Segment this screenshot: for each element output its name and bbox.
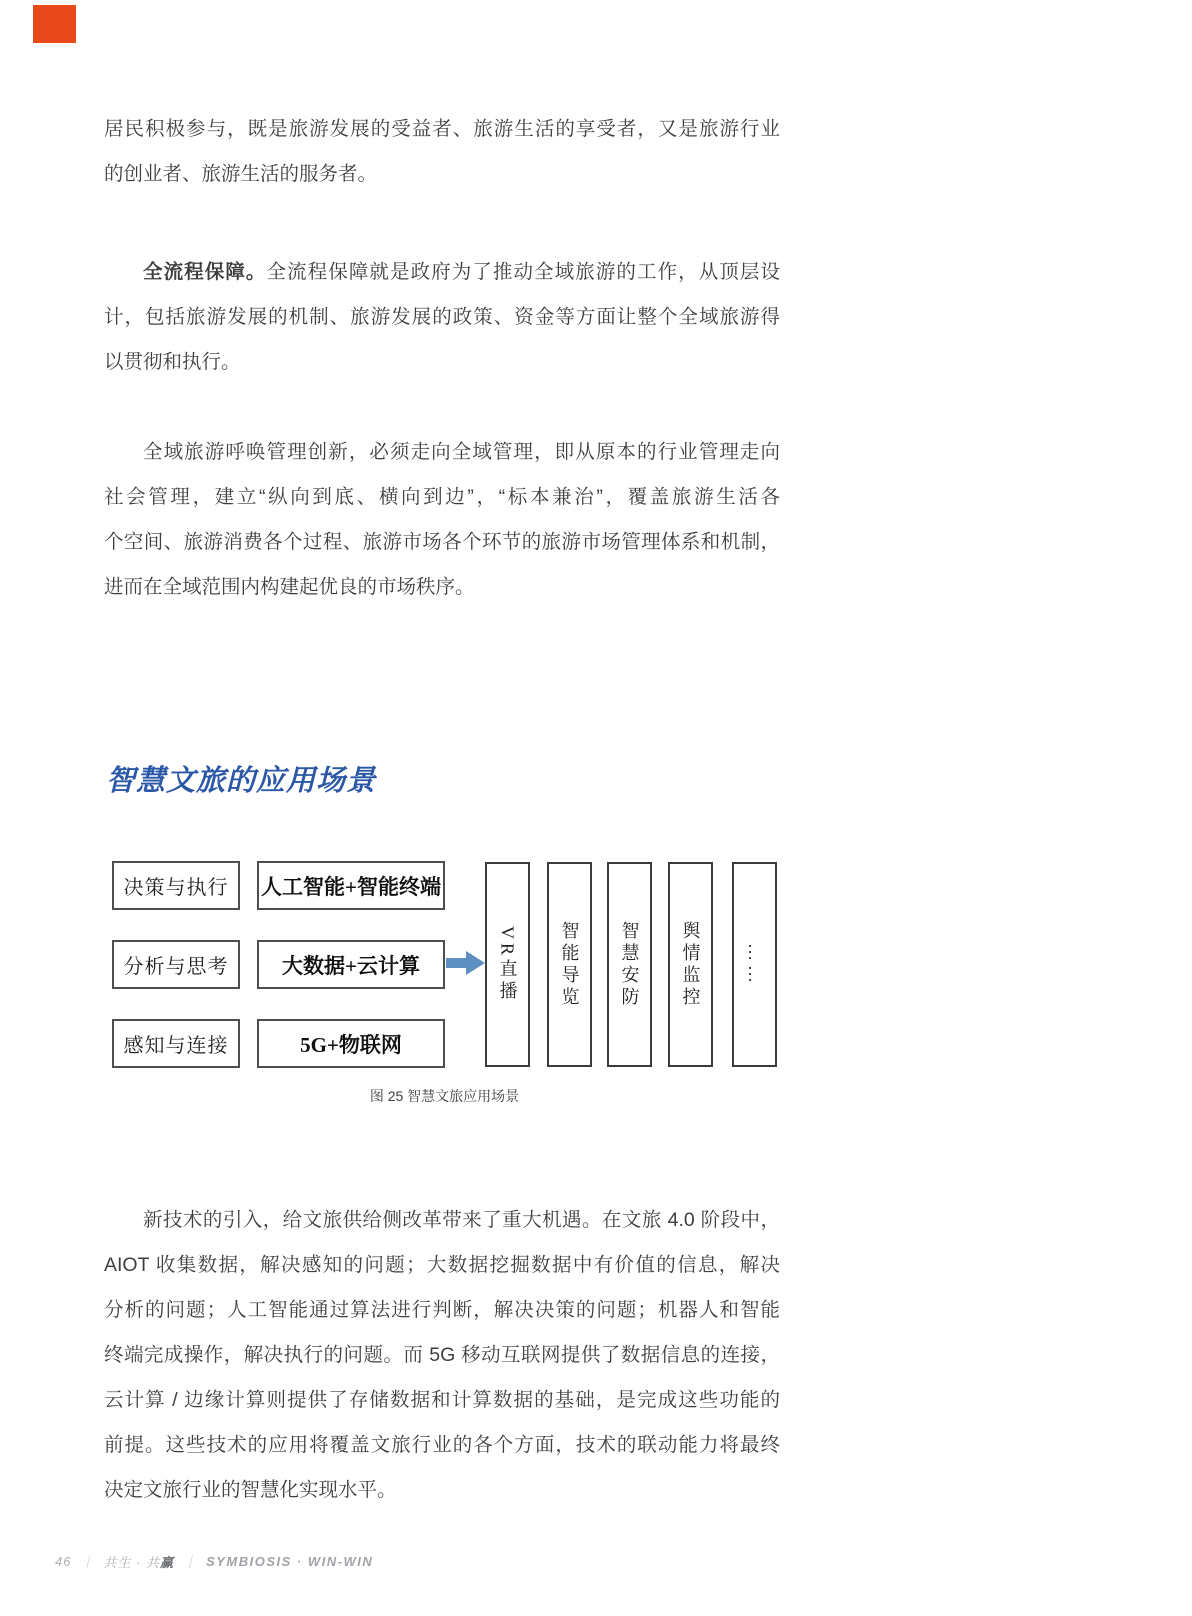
scenario-box-vr-live: VR直播 — [485, 862, 530, 1067]
footer-brand-cn: 共生 · 共赢 — [103, 1552, 174, 1571]
brand-accent-square — [33, 5, 76, 43]
scenario-box-smart-guide: 智能导览 — [547, 862, 592, 1067]
paragraph-1-line-1: 居民积极参与，既是旅游发展的受益者、旅游生活的享受者，又是旅游行业 — [104, 107, 780, 152]
footer-brand-cn-light: 共生 · 共 — [103, 1555, 160, 1570]
paragraph-4-line-6: 前提。这些技术的应用将覆盖文旅行业的各个方面，技术的联动能力将最终 — [104, 1423, 780, 1468]
paragraph-4: 新技术的引入，给文旅供给侧改革带来了重大机遇。在文旅 4.0 阶段中， AIOT… — [104, 1198, 780, 1513]
scenario-box-smart-security: 智慧安防 — [607, 862, 652, 1067]
report-page: 居民积极参与，既是旅游发展的受益者、旅游生活的享受者，又是旅游行业 的创业者、旅… — [0, 0, 1192, 1616]
paragraph-4-line-1: 新技术的引入，给文旅供给侧改革带来了重大机遇。在文旅 4.0 阶段中， — [104, 1198, 780, 1243]
paragraph-4-line-3: 分析的问题；人工智能通过算法进行判断，解决决策的问题；机器人和智能 — [104, 1288, 780, 1333]
paragraph-3-line-4: 进而在全域范围内构建起优良的市场秩序。 — [104, 565, 780, 610]
paragraph-2-line-1-text: 全流程保障就是政府为了推动全域旅游的工作，从顶层设 — [267, 261, 780, 283]
paragraph-4-line-7: 决定文旅行业的智慧化实现水平。 — [104, 1468, 780, 1513]
paragraph-4-line-2: AIOT 收集数据，解决感知的问题；大数据挖掘数据中有价值的信息，解决 — [104, 1243, 780, 1288]
page-footer: 46 ｜ 共生 · 共赢 ｜ SYMBIOSIS · WIN-WIN — [55, 1552, 373, 1571]
paragraph-3-line-1: 全域旅游呼唤管理创新，必须走向全域管理，即从原本的行业管理走向 — [104, 430, 780, 475]
paragraph-1: 居民积极参与，既是旅游发展的受益者、旅游生活的享受者，又是旅游行业 的创业者、旅… — [104, 107, 780, 197]
footer-separator-2: ｜ — [183, 1552, 197, 1571]
scenario-box-ellipsis: …… — [732, 862, 777, 1067]
diagram-mid-box-bigdata: 大数据+云计算 — [257, 940, 445, 989]
paragraph-2-line-1: 全流程保障。全流程保障就是政府为了推动全域旅游的工作，从顶层设 — [104, 250, 780, 295]
diagram-left-box-sensing: 感知与连接 — [112, 1019, 240, 1068]
paragraph-4-line-5: 云计算 / 边缘计算则提供了存储数据和计算数据的基础，是完成这些功能的 — [104, 1378, 780, 1423]
right-arrow-head-icon — [466, 951, 485, 975]
footer-brand-en: SYMBIOSIS · WIN-WIN — [206, 1554, 373, 1569]
paragraph-2-line-2: 计，包括旅游发展的机制、旅游发展的政策、资金等方面让整个全域旅游得 — [104, 295, 780, 340]
paragraph-2-line-3: 以贯彻和执行。 — [104, 340, 780, 385]
paragraph-3-line-2: 社会管理，建立“纵向到底、横向到边”，“标本兼治”，覆盖旅游生活各 — [104, 475, 780, 520]
paragraph-3-line-3: 个空间、旅游消费各个过程、旅游市场各个环节的旅游市场管理体系和机制， — [104, 520, 780, 565]
diagram-left-box-decision: 决策与执行 — [112, 861, 240, 910]
diagram-mid-box-ai: 人工智能+智能终端 — [257, 861, 445, 910]
paragraph-1-line-2: 的创业者、旅游生活的服务者。 — [104, 152, 780, 197]
footer-separator-1: ｜ — [80, 1552, 94, 1571]
diagram-left-box-analysis: 分析与思考 — [112, 940, 240, 989]
paragraph-2: 全流程保障。全流程保障就是政府为了推动全域旅游的工作，从顶层设 计，包括旅游发展… — [104, 250, 780, 385]
scenario-box-opinion-monitor: 舆情监控 — [668, 862, 713, 1067]
section-heading: 智慧文旅的应用场景 — [106, 758, 376, 799]
paragraph-3: 全域旅游呼唤管理创新，必须走向全域管理，即从原本的行业管理走向 社会管理，建立“… — [104, 430, 780, 610]
right-arrow-icon — [446, 958, 468, 968]
paragraph-4-line-4: 终端完成操作，解决执行的问题。而 5G 移动互联网提供了数据信息的连接， — [104, 1333, 780, 1378]
footer-brand-cn-bold: 赢 — [160, 1555, 174, 1570]
page-number: 46 — [55, 1554, 71, 1569]
figure-caption: 图 25 智慧文旅应用场景 — [112, 1086, 777, 1106]
diagram-mid-box-5g: 5G+物联网 — [257, 1019, 445, 1068]
paragraph-2-lead: 全流程保障。 — [143, 261, 267, 283]
